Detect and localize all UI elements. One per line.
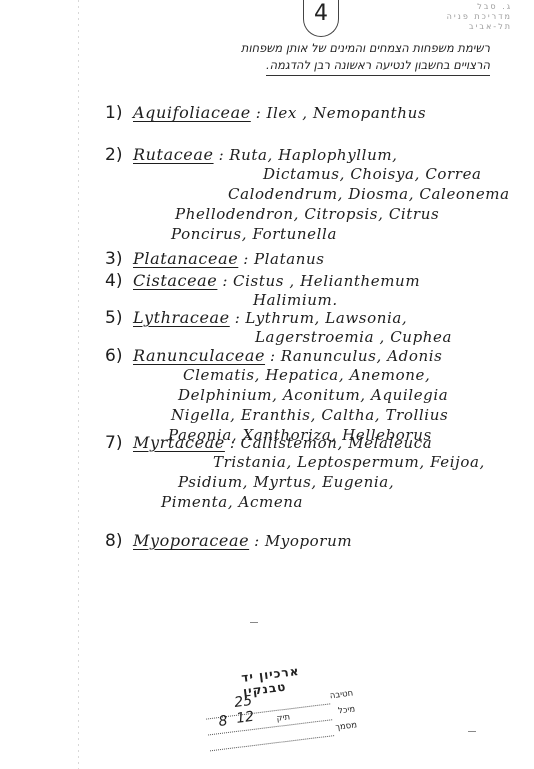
entry-number: 6)	[105, 346, 122, 366]
scan-speck	[250, 622, 258, 623]
family-name: Myoporaceae	[133, 531, 249, 550]
genus-list: Nigella, Eranthis, Caltha, Trollius	[171, 406, 448, 424]
genus-list: Poncirus, Fortunella	[171, 225, 337, 243]
genus-continuation-line: Lagerstroemia , Cuphea	[255, 328, 452, 346]
family-name: Myrtaceae	[133, 433, 225, 452]
genus-list: Ranunculus, Adonis	[281, 347, 443, 365]
family-name: Platanaceae	[133, 249, 238, 268]
genus-continuation-line: Halimium.	[253, 291, 338, 309]
entry-number: 1)	[105, 103, 122, 123]
top-stamp-line: תל-אביב	[447, 22, 512, 32]
colon-separator: :	[238, 250, 254, 268]
colon-separator: :	[230, 309, 246, 327]
top-stamp-line: ג. סבל	[447, 2, 512, 12]
entry-number: 8)	[105, 531, 122, 551]
scan-page-edge	[78, 0, 79, 769]
scan-speck	[468, 731, 476, 732]
genus-list: Myoporum	[265, 532, 352, 550]
document-label: מסמך	[335, 719, 358, 735]
genus-continuation-line: Delphinium, Aconitum, Aquilegia	[178, 386, 448, 404]
heading-line-1: רשימת משפחות הצמחים והמינים של אותן משפח…	[105, 40, 490, 57]
colon-separator: :	[225, 434, 241, 452]
genus-continuation-line: Nigella, Eranthis, Caltha, Trollius	[171, 406, 448, 424]
entry-first-line: Cistaceae:Cistus , Helianthemum	[133, 271, 420, 290]
family-name: Lythraceae	[133, 308, 230, 327]
genus-continuation-line: Clematis, Hepatica, Anemone,	[183, 366, 430, 384]
genus-continuation-line: Psidium, Myrtus, Eugenia,	[178, 473, 394, 491]
genus-list: Cistus , Helianthemum	[233, 272, 420, 290]
genus-list: Clematis, Hepatica, Anemone,	[183, 366, 430, 384]
file-value: 8	[218, 715, 228, 729]
genus-continuation-line: Dictamus, Choisya, Correa	[263, 165, 482, 183]
archive-stamp: ארכיון יד טבנקין חטיבה 25 מיכל 12 תיק 8 …	[201, 661, 334, 752]
genus-continuation-line: Poncirus, Fortunella	[171, 225, 337, 243]
family-name: Ranunculaceae	[133, 346, 265, 365]
genus-list: Halimium.	[253, 291, 338, 309]
genus-list: Ilex , Nemopanthus	[266, 104, 426, 122]
genus-list: Callistemon, Melaleuca	[241, 434, 433, 452]
colon-separator: :	[214, 146, 230, 164]
genus-list: Ruta, Haplophyllum,	[229, 146, 397, 164]
entry-number: 4)	[105, 271, 122, 291]
genus-continuation-line: Phellodendron, Citropsis, Citrus	[175, 205, 439, 223]
genus-list: Phellodendron, Citropsis, Citrus	[175, 205, 439, 223]
entry-first-line: Rutaceae:Ruta, Haplophyllum,	[133, 145, 398, 164]
entry-number: 2)	[105, 145, 122, 165]
genus-list: Lagerstroemia , Cuphea	[255, 328, 452, 346]
top-stamp-line: מדריכת פניה	[447, 12, 512, 22]
entry-number: 5)	[105, 308, 122, 328]
genus-list: Dictamus, Choisya, Correa	[263, 165, 482, 183]
document-heading: רשימת משפחות הצמחים והמינים של אותן משפח…	[105, 40, 490, 76]
colon-separator: :	[217, 272, 233, 290]
top-stamp: ג. סבל מדריכת פניה תל-אביב	[447, 2, 512, 32]
family-name: Rutaceae	[133, 145, 214, 164]
entry-first-line: Aquifoliaceae:Ilex , Nemopanthus	[133, 103, 426, 122]
colon-separator: :	[249, 532, 265, 550]
container-value: 12	[236, 711, 255, 726]
genus-list: Delphinium, Aconitum, Aquilegia	[178, 386, 448, 404]
genus-list: Lythrum, Lawsonia,	[245, 309, 407, 327]
entry-first-line: Lythraceae:Lythrum, Lawsonia,	[133, 308, 407, 327]
division-value: 25	[234, 695, 253, 710]
colon-separator: :	[251, 104, 267, 122]
genus-continuation-line: Calodendrum, Diosma, Caleonema	[228, 185, 510, 203]
genus-continuation-line: Pimenta, Acmena	[161, 493, 303, 511]
entry-first-line: Myrtaceae:Callistemon, Melaleuca	[133, 433, 432, 452]
file-label: תיק	[276, 711, 291, 726]
genus-list: Platanus	[254, 250, 325, 268]
genus-list: Calodendrum, Diosma, Caleonema	[228, 185, 510, 203]
family-name: Aquifoliaceae	[133, 103, 251, 122]
page-number: 4	[303, 0, 339, 37]
genus-list: Tristania, Leptospermum, Feijoa,	[213, 453, 485, 471]
genus-continuation-line: Tristania, Leptospermum, Feijoa,	[213, 453, 485, 471]
entry-first-line: Platanaceae:Platanus	[133, 249, 325, 268]
entry-number: 7)	[105, 433, 122, 453]
entry-number: 3)	[105, 249, 122, 269]
genus-list: Psidium, Myrtus, Eugenia,	[178, 473, 394, 491]
entry-first-line: Myoporaceae:Myoporum	[133, 531, 352, 550]
entry-first-line: Ranunculaceae:Ranunculus, Adonis	[133, 346, 442, 365]
genus-list: Pimenta, Acmena	[161, 493, 303, 511]
family-name: Cistaceae	[133, 271, 217, 290]
colon-separator: :	[265, 347, 281, 365]
heading-line-2: הרצויים בחשבון לנטיעה ראשונה רבן להדגמה.	[266, 57, 490, 76]
division-label: חטיבה	[329, 688, 354, 704]
container-label: מיכל	[337, 703, 355, 718]
